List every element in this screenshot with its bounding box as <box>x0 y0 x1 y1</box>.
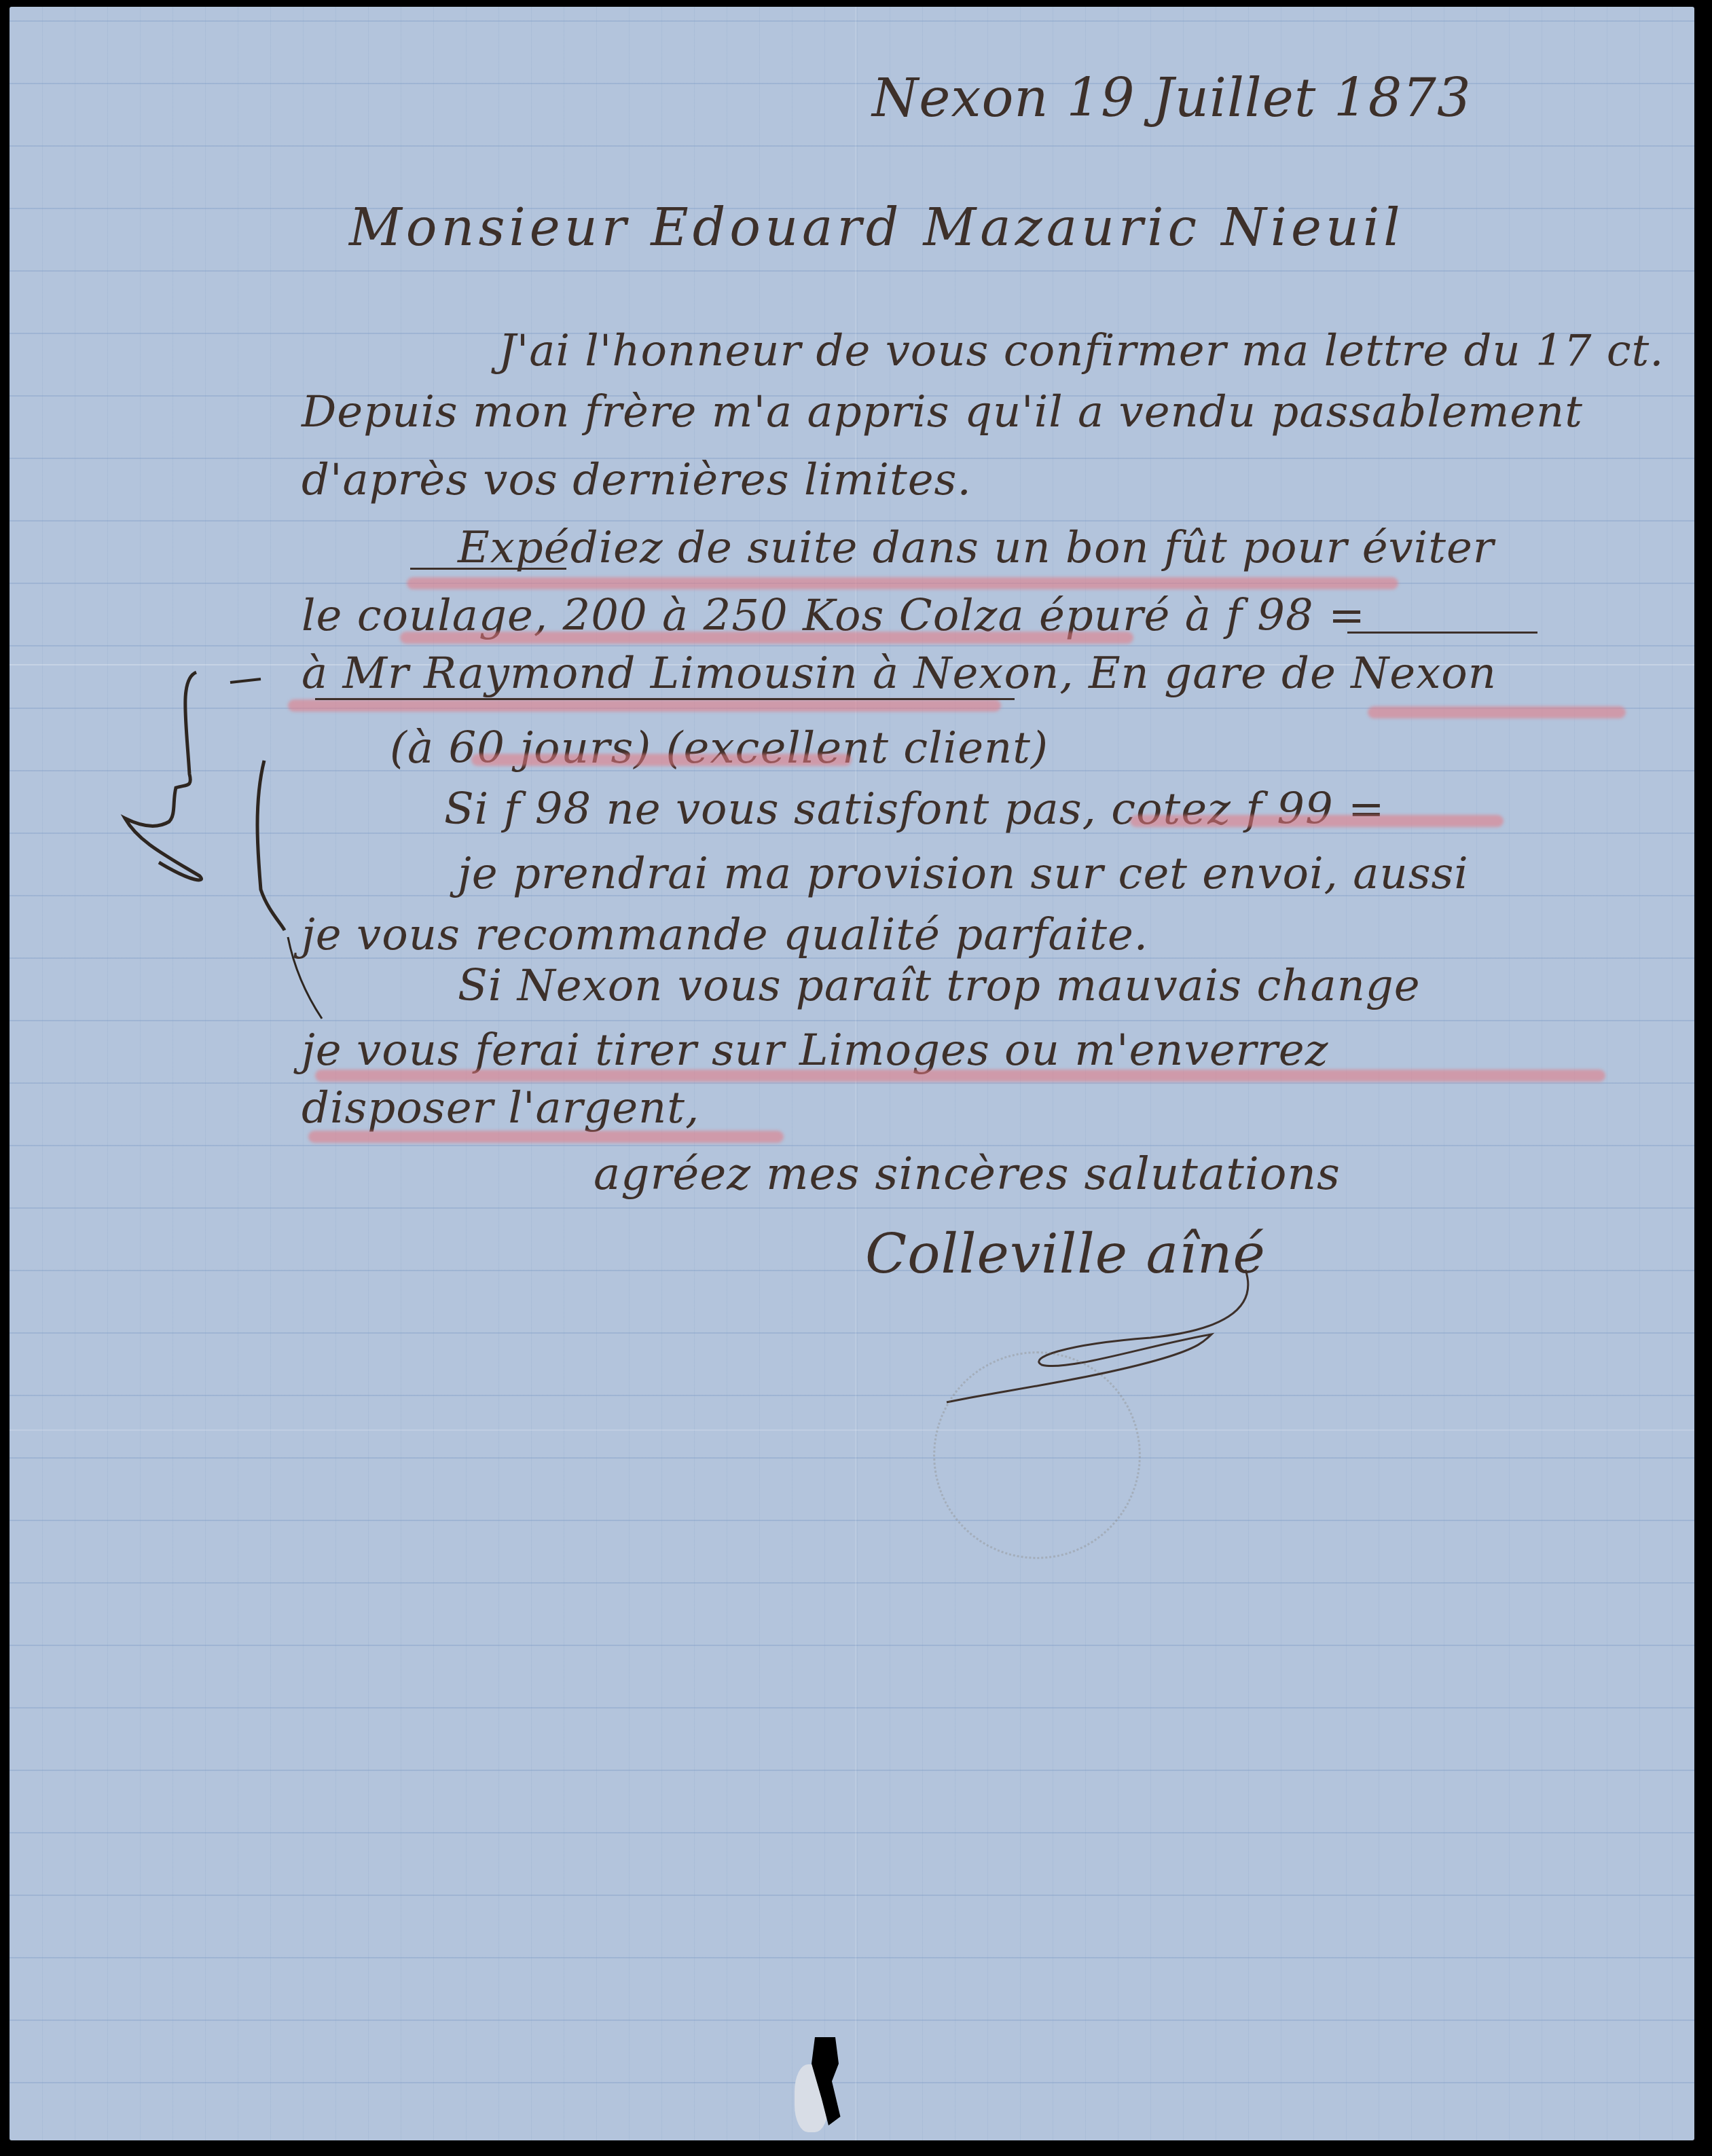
ink-underline <box>315 698 1015 700</box>
letter-paper: Nexon 19 Juillet 1873 Monsieur Edouard M… <box>10 7 1694 2140</box>
body-line: Expédiez de suite dans un bon fût pour é… <box>458 523 1494 573</box>
body-line: je vous ferai tirer sur Limoges ou m'env… <box>302 1025 1328 1076</box>
dateline: Nexon 19 Juillet 1873 <box>872 68 1472 129</box>
closing: agréez mes sincères salutations <box>594 1148 1341 1200</box>
red-underline <box>407 577 1398 589</box>
ink-underline <box>1347 632 1537 634</box>
ink-underline <box>410 568 566 570</box>
red-underline <box>1130 815 1504 827</box>
red-underline <box>308 1131 784 1143</box>
body-line: disposer l'argent, <box>302 1083 699 1133</box>
fold-line <box>10 1429 1694 1431</box>
faded-postmark <box>933 1351 1141 1559</box>
body-line: d'après vos dernières limites. <box>302 455 972 505</box>
red-underline <box>1368 706 1626 718</box>
body-line: Depuis mon frère m'a appris qu'il a vend… <box>302 387 1583 437</box>
red-underline <box>471 754 852 766</box>
red-underline <box>315 1070 1605 1082</box>
red-underline <box>288 699 1001 712</box>
body-line: Si Nexon vous paraît trop mauvais change <box>458 961 1421 1011</box>
body-line: à Mr Raymond Limousin à Nexon, En gare d… <box>302 648 1497 699</box>
red-underline <box>400 632 1133 644</box>
body-line: J'ai l'honneur de vous confirmer ma lett… <box>498 326 1664 376</box>
margin-pen-scribble <box>111 665 329 1263</box>
salutation: Monsieur Edouard Mazauric Nieuil <box>349 197 1404 257</box>
body-line: je vous recommande qualité parfaite. <box>302 910 1148 960</box>
body-line: je prendrai ma provision sur cet envoi, … <box>458 849 1469 899</box>
